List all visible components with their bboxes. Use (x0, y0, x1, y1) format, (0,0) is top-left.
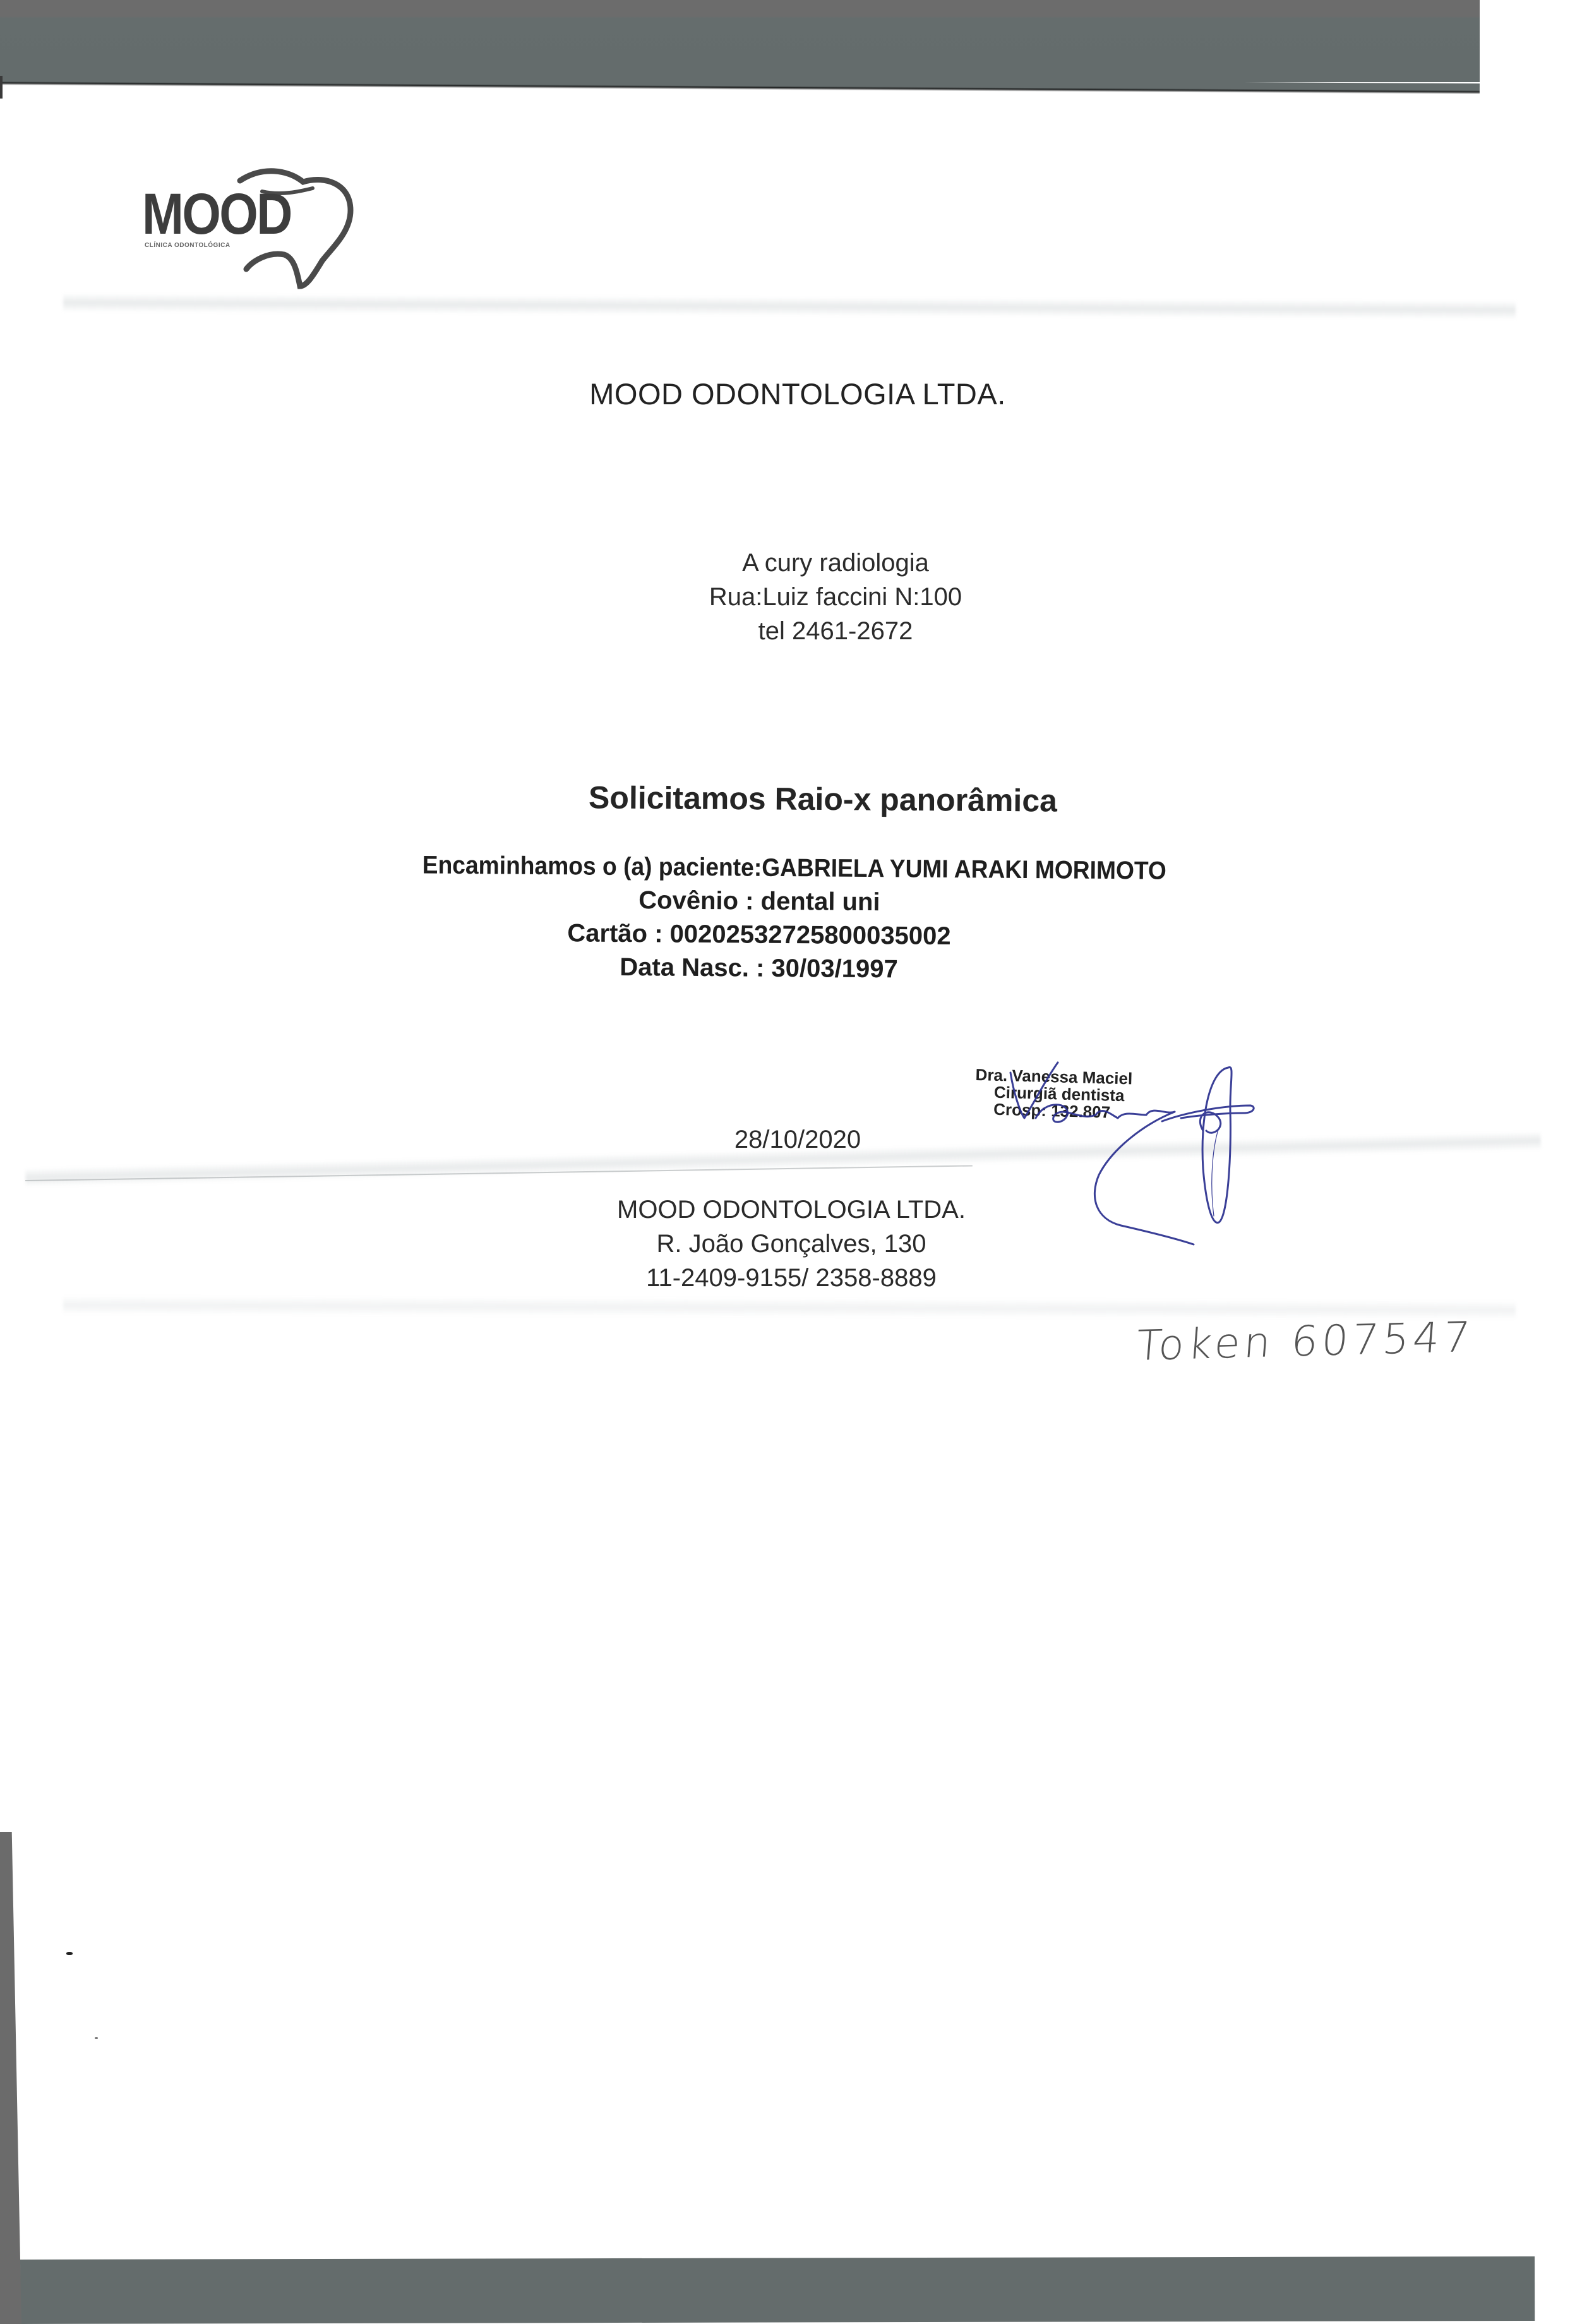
document-date: 28/10/2020 (13, 1126, 1570, 1154)
company-header: MOOD ODONTOLOGIA LTDA. (13, 376, 1570, 411)
patient-details: Encaminhamos o (a) paciente:GABRIELA YUM… (0, 845, 1570, 992)
footer-company: MOOD ODONTOLOGIA LTDA. (13, 1193, 1570, 1227)
clinic-logo: MOOD CLÍNICA ODONTOLÓGICA (142, 157, 369, 289)
scanner-border-left (0, 1832, 21, 2324)
scan-speck (95, 2037, 98, 2039)
recipient-name: A cury radiologia (51, 546, 1570, 580)
recipient-phone: tel 2461-2672 (51, 614, 1570, 648)
paper-crease (63, 1296, 1516, 1320)
card-number: 00202532725800035002 (669, 920, 950, 950)
insurance-value: dental uni (760, 888, 880, 916)
patient-referral-label: Encaminhamos o (a) paciente: (422, 851, 762, 881)
footer-address: R. João Gonçalves, 130 (13, 1227, 1570, 1261)
handwritten-token-note: Token 607547 (1134, 1313, 1475, 1370)
recipient-block: A cury radiologia Rua:Luiz faccini N:100… (51, 546, 1570, 648)
scanner-border-top (0, 0, 1480, 82)
recipient-address: Rua:Luiz faccini N:100 (51, 580, 1570, 614)
logo-wordmark: MOOD (142, 185, 291, 243)
patient-name: GABRIELA YUMI ARAKI MORIMOTO (762, 854, 1166, 885)
scanner-border-bottom (20, 2256, 1535, 2324)
birth-date-value: 30/03/1997 (771, 954, 898, 984)
paper-left-edge-mark (0, 76, 3, 99)
paper-crease (63, 293, 1516, 320)
doctor-stamp: Dra. Vanessa Maciel Cirurgiã dentista Cr… (974, 1066, 1133, 1121)
insurance-label: Covênio : (638, 886, 754, 915)
card-label: Cartão : (567, 919, 662, 948)
scan-speck (66, 1952, 73, 1955)
request-title: Solicitamos Raio-x panorâmica (38, 775, 1570, 822)
footer-phones: 11-2409-9155/ 2358-8889 (13, 1261, 1570, 1295)
logo-subtitle: CLÍNICA ODONTOLÓGICA (145, 242, 231, 249)
footer-block: MOOD ODONTOLOGIA LTDA. R. João Gonçalves… (0, 1193, 1570, 1295)
birth-date-label: Data Nasc. : (620, 953, 764, 982)
